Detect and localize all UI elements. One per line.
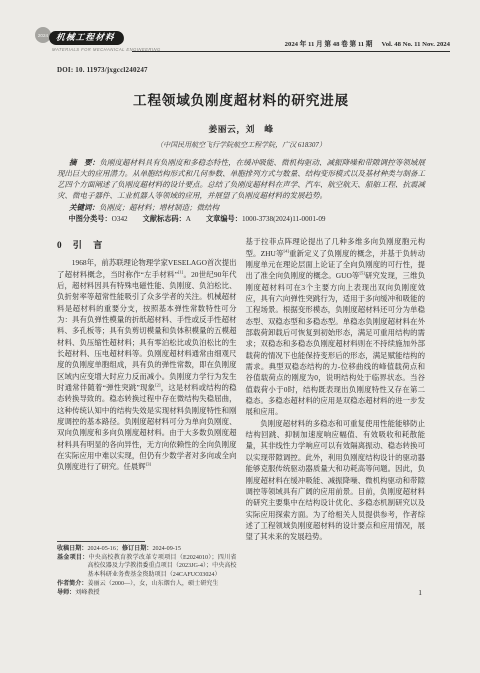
journal-logo: 2024 机械工程材料 MATERIALS FOR MECHANICAL ENG…	[35, 27, 450, 52]
received-date-label: 收稿日期：	[57, 546, 87, 552]
journal-header: 2024 机械工程材料 MATERIALS FOR MECHANICAL ENG…	[35, 27, 450, 57]
doi: DOI: 10. 11973/jxgccl240247	[57, 66, 425, 74]
article-content: DOI: 10. 11973/jxgccl240247 工程领域负刚度超材料的研…	[57, 62, 425, 597]
doc-code-label: 文献标志码：	[143, 215, 186, 223]
clc-number: 中图分类号：O342	[69, 215, 128, 223]
clc-label: 中图分类号：	[69, 215, 112, 223]
clc-value: O342	[112, 215, 128, 223]
doc-code-value: A	[186, 215, 191, 223]
abstract-label: 摘 要：	[69, 158, 99, 167]
footnote-dates: 收稿日期：2024-05-16；修订日期：2024-09-15	[57, 545, 237, 554]
journal-page: 2024 机械工程材料 MATERIALS FOR MECHANICAL ENG…	[0, 0, 480, 673]
keywords-line: 关键词：负刚度；超材料；增材制造；微结构	[57, 202, 425, 213]
supervisor-text: 刘峰教授	[75, 590, 99, 596]
intro-paragraph-right-2: 负刚度超材料的多稳态和可重复使用性能能够防止结构回跳、抑制加速度响应幅值、有效吸…	[246, 418, 426, 543]
two-column-body: 0 引 言 1968年，前苏联理论物理学家VESELAGO首次提出了超材料概念，…	[57, 236, 425, 597]
abstract-block: 摘 要：负刚度超材料具有负刚度和多稳态特性，在缓冲吸能、微机构驱动、减振降噪和带…	[57, 157, 425, 226]
revised-date-value: 2024-09-15	[152, 546, 180, 552]
article-no-label: 文章编号：	[206, 215, 242, 223]
footnote-block: 收稿日期：2024-05-16；修订日期：2024-09-15 基金项目：中央高…	[57, 541, 237, 598]
abstract-paragraph: 摘 要：负刚度超材料具有负刚度和多稳态特性，在缓冲吸能、微机构驱动、减振降噪和带…	[57, 157, 425, 202]
document-code: 文献标志码：A	[143, 215, 191, 223]
right-column: 基于拉菲点阵理论提出了几种多维多向负刚度胞元构型。ZHU等[4]重新定义了负刚度…	[246, 236, 426, 597]
keywords-label: 关键词：	[69, 203, 99, 212]
footnote-divider	[57, 541, 145, 542]
section-0-heading: 0 引 言	[57, 237, 237, 251]
article-number: 文章编号：1000-3738(2024)11-0001-09	[206, 215, 326, 223]
journal-logo-text: 机械工程材料 MATERIALS FOR MECHANICAL ENGINEER…	[49, 27, 161, 52]
supervisor-label: 导师：	[57, 590, 75, 596]
article-no-value: 1000-3738(2024)11-0001-09	[242, 215, 326, 223]
authors: 姜丽云，刘 峰	[57, 122, 425, 135]
affiliation: （中国民用航空飞行学院航空工程学院，广汉 618307）	[57, 140, 425, 150]
journal-name-en: MATERIALS FOR MECHANICAL ENGINEERING	[52, 47, 161, 52]
footnote-funding: 基金项目：中央高校教育教学改革专项项目（E2024010）；四川省高校仪器及力学…	[57, 554, 237, 580]
funding-label: 基金项目：	[57, 555, 89, 561]
intro-paragraph-left: 1968年，前苏联理论物理学家VESELAGO首次提出了超材料概念，当时称作“左…	[57, 257, 237, 473]
page-number: 1	[246, 588, 426, 597]
article-title: 工程领域负刚度超材料的研究进展	[57, 89, 425, 109]
funding-text: 中央高校教育教学改革专项项目（E2024010）；四川省高校仪器及力学教指委重点…	[88, 555, 237, 578]
author-bio-text: 姜丽云（2000—），女，山东烟台人，硕士研究生	[87, 581, 218, 587]
journal-name-cn: 机械工程材料	[48, 31, 124, 45]
footnote-supervisor: 导师：刘峰教授	[57, 589, 237, 598]
classification-line: 中图分类号：O342文献标志码：A文章编号：1000-3738(2024)11-…	[57, 214, 425, 225]
intro-paragraph-right-1: 基于拉菲点阵理论提出了几种多维多向负刚度胞元构型。ZHU等[4]重新定义了负刚度…	[246, 236, 426, 418]
abstract-text: 负刚度超材料具有负刚度和多稳态特性，在缓冲吸能、微机构驱动、减振降噪和带隙调控等…	[57, 158, 425, 201]
revised-date-label: 修订日期：	[122, 546, 152, 552]
author-bio-label: 作者简介：	[57, 581, 87, 587]
footnote-author-bio: 作者简介：姜丽云（2000—），女，山东烟台人，硕士研究生	[57, 580, 237, 589]
received-date-value: 2024-05-16；	[87, 546, 122, 552]
left-column: 0 引 言 1968年，前苏联理论物理学家VESELAGO首次提出了超材料概念，…	[57, 236, 237, 597]
keywords-text: 负刚度；超材料；增材制造；微结构	[99, 203, 219, 212]
